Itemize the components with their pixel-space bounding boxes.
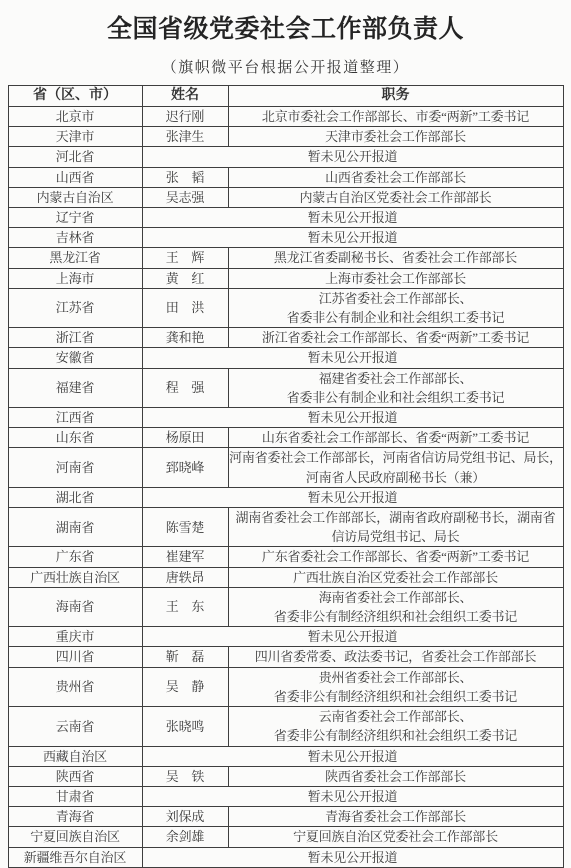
no-report-cell: 暂未见公开报道 xyxy=(142,228,563,248)
no-report-cell: 暂未见公开报道 xyxy=(142,147,563,167)
table-row: 新疆维吾尔自治区暂未见公开报道 xyxy=(8,847,563,867)
name-cell: 吴志强 xyxy=(142,187,228,207)
table-row: 北京市迟行刚北京市委社会工作部部长、市委“两新”工委书记 xyxy=(8,107,563,127)
name-cell: 王 东 xyxy=(142,587,228,626)
header-row: 省（区、市） 姓名 职务 xyxy=(8,86,563,107)
name-cell: 吴 铁 xyxy=(142,766,228,786)
position-cell: 江苏省委社会工作部部长、 省委非公有制企业和社会组织工委书记 xyxy=(228,288,563,327)
province-cell: 上海市 xyxy=(8,268,142,288)
position-cell: 北京市委社会工作部部长、市委“两新”工委书记 xyxy=(228,107,563,127)
table-row: 云南省张晓鸣云南省委社会工作部部长、 省委非公有制经济组织和社会组织工委书记 xyxy=(8,707,563,746)
province-cell: 西藏自治区 xyxy=(8,746,142,766)
table-row: 吉林省暂未见公开报道 xyxy=(8,228,563,248)
table-body: 北京市迟行刚北京市委社会工作部部长、市委“两新”工委书记天津市张津生天津市委社会… xyxy=(8,107,563,868)
name-cell: 余剑雄 xyxy=(142,827,228,847)
name-cell: 田 洪 xyxy=(142,288,228,327)
province-cell: 青海省 xyxy=(8,807,142,827)
position-cell: 贵州省委社会工作部部长、 省委非公有制经济组织和社会组织工委书记 xyxy=(228,667,563,706)
table-row: 福建省程 强福建省委社会工作部部长、 省委非公有制企业和社会组织工委书记 xyxy=(8,368,563,407)
no-report-cell: 暂未见公开报道 xyxy=(142,847,563,867)
no-report-cell: 暂未见公开报道 xyxy=(142,786,563,806)
name-cell: 郅晓峰 xyxy=(142,448,228,487)
table-row: 山西省张 韬山西省委社会工作部部长 xyxy=(8,167,563,187)
table-row: 安徽省暂未见公开报道 xyxy=(8,348,563,368)
position-cell: 山西省委社会工作部部长 xyxy=(228,167,563,187)
header-name: 姓名 xyxy=(142,86,228,107)
table-row: 山东省杨原田山东省委社会工作部部长、省委“两新”工委书记 xyxy=(8,428,563,448)
province-cell: 重庆市 xyxy=(8,627,142,647)
no-report-cell: 暂未见公开报道 xyxy=(142,487,563,507)
position-cell: 山东省委社会工作部部长、省委“两新”工委书记 xyxy=(228,428,563,448)
table-row: 甘肃省暂未见公开报道 xyxy=(8,786,563,806)
position-cell: 上海市委社会工作部部长 xyxy=(228,268,563,288)
table-row: 海南省王 东海南省委社会工作部部长、 省委非公有制经济组织和社会组织工委书记 xyxy=(8,587,563,626)
province-cell: 黑龙江省 xyxy=(8,248,142,268)
position-cell: 四川省委常委、政法委书记，省委社会工作部部长 xyxy=(228,647,563,667)
province-cell: 贵州省 xyxy=(8,667,142,706)
name-cell: 刘保成 xyxy=(142,807,228,827)
province-cell: 山西省 xyxy=(8,167,142,187)
table-row: 河南省郅晓峰河南省委社会工作部部长，河南省信访局党组书记、局长， 河南省人民政府… xyxy=(8,448,563,487)
leaders-table: 省（区、市） 姓名 职务 北京市迟行刚北京市委社会工作部部长、市委“两新”工委书… xyxy=(8,85,564,868)
table-row: 湖南省陈雪楚湖南省委社会工作部部长，湖南省政府副秘书长，湖南省 信访局党组书记、… xyxy=(8,508,563,547)
name-cell: 杨原田 xyxy=(142,428,228,448)
table-row: 天津市张津生天津市委社会工作部部长 xyxy=(8,127,563,147)
name-cell: 龚和艳 xyxy=(142,328,228,348)
province-cell: 湖南省 xyxy=(8,508,142,547)
province-cell: 新疆维吾尔自治区 xyxy=(8,847,142,867)
table-row: 河北省暂未见公开报道 xyxy=(8,147,563,167)
province-cell: 吉林省 xyxy=(8,228,142,248)
province-cell: 湖北省 xyxy=(8,487,142,507)
position-cell: 湖南省委社会工作部部长，湖南省政府副秘书长，湖南省 信访局党组书记、局长 xyxy=(228,508,563,547)
province-cell: 甘肃省 xyxy=(8,786,142,806)
header-province: 省（区、市） xyxy=(8,86,142,107)
table-row: 贵州省吴 静贵州省委社会工作部部长、 省委非公有制经济组织和社会组织工委书记 xyxy=(8,667,563,706)
name-cell: 张津生 xyxy=(142,127,228,147)
position-cell: 宁夏回族自治区党委社会工作部部长 xyxy=(228,827,563,847)
position-cell: 浙江省委社会工作部部长、省委“两新”工委书记 xyxy=(228,328,563,348)
table-row: 重庆市暂未见公开报道 xyxy=(8,627,563,647)
province-cell: 四川省 xyxy=(8,647,142,667)
table-row: 四川省靳 磊四川省委常委、政法委书记，省委社会工作部部长 xyxy=(8,647,563,667)
table-row: 黑龙江省王 辉黑龙江省委副秘书长、省委社会工作部部长 xyxy=(8,248,563,268)
table-row: 上海市黄 红上海市委社会工作部部长 xyxy=(8,268,563,288)
page-title: 全国省级党委社会工作部负责人 xyxy=(0,9,571,45)
province-cell: 云南省 xyxy=(8,707,142,746)
province-cell: 内蒙古自治区 xyxy=(8,187,142,207)
name-cell: 唐轶昂 xyxy=(142,567,228,587)
position-cell: 福建省委社会工作部部长、 省委非公有制企业和社会组织工委书记 xyxy=(228,368,563,407)
position-cell: 广西壮族自治区党委社会工作部部长 xyxy=(228,567,563,587)
name-cell: 靳 磊 xyxy=(142,647,228,667)
province-cell: 河南省 xyxy=(8,448,142,487)
position-cell: 广东省委社会工作部部长、省委“两新”工委书记 xyxy=(228,547,563,567)
position-cell: 青海省委社会工作部部长 xyxy=(228,807,563,827)
no-report-cell: 暂未见公开报道 xyxy=(142,408,563,428)
table-row: 辽宁省暂未见公开报道 xyxy=(8,208,563,228)
name-cell: 张 韬 xyxy=(142,167,228,187)
table-header: 省（区、市） 姓名 职务 xyxy=(8,86,563,107)
position-cell: 海南省委社会工作部部长、 省委非公有制经济组织和社会组织工委书记 xyxy=(228,587,563,626)
position-cell: 内蒙古自治区党委社会工作部部长 xyxy=(228,187,563,207)
name-cell: 迟行刚 xyxy=(142,107,228,127)
table-row: 广东省崔建军广东省委社会工作部部长、省委“两新”工委书记 xyxy=(8,547,563,567)
province-cell: 广西壮族自治区 xyxy=(8,567,142,587)
province-cell: 北京市 xyxy=(8,107,142,127)
position-cell: 黑龙江省委副秘书长、省委社会工作部部长 xyxy=(228,248,563,268)
table-row: 内蒙古自治区吴志强内蒙古自治区党委社会工作部部长 xyxy=(8,187,563,207)
page-subtitle: （旗帜微平台根据公开报道整理） xyxy=(0,56,571,77)
position-cell: 河南省委社会工作部部长，河南省信访局党组书记、局长， 河南省人民政府副秘书长（兼… xyxy=(228,448,563,487)
province-cell: 安徽省 xyxy=(8,348,142,368)
name-cell: 吴 静 xyxy=(142,667,228,706)
province-cell: 浙江省 xyxy=(8,328,142,348)
table-row: 湖北省暂未见公开报道 xyxy=(8,487,563,507)
province-cell: 福建省 xyxy=(8,368,142,407)
province-cell: 河北省 xyxy=(8,147,142,167)
header-position: 职务 xyxy=(228,86,563,107)
province-cell: 江西省 xyxy=(8,408,142,428)
province-cell: 海南省 xyxy=(8,587,142,626)
no-report-cell: 暂未见公开报道 xyxy=(142,746,563,766)
name-cell: 崔建军 xyxy=(142,547,228,567)
name-cell: 程 强 xyxy=(142,368,228,407)
name-cell: 张晓鸣 xyxy=(142,707,228,746)
table-row: 江西省暂未见公开报道 xyxy=(8,408,563,428)
province-cell: 天津市 xyxy=(8,127,142,147)
name-cell: 王 辉 xyxy=(142,248,228,268)
no-report-cell: 暂未见公开报道 xyxy=(142,348,563,368)
table-row: 陕西省吴 铁陕西省委社会工作部部长 xyxy=(8,766,563,786)
province-cell: 辽宁省 xyxy=(8,208,142,228)
province-cell: 山东省 xyxy=(8,428,142,448)
province-cell: 江苏省 xyxy=(8,288,142,327)
province-cell: 陕西省 xyxy=(8,766,142,786)
document-page: 全国省级党委社会工作部负责人 （旗帜微平台根据公开报道整理） 省（区、市） 姓名… xyxy=(0,9,571,868)
no-report-cell: 暂未见公开报道 xyxy=(142,208,563,228)
table-row: 江苏省田 洪江苏省委社会工作部部长、 省委非公有制企业和社会组织工委书记 xyxy=(8,288,563,327)
no-report-cell: 暂未见公开报道 xyxy=(142,627,563,647)
table-row: 青海省刘保成青海省委社会工作部部长 xyxy=(8,807,563,827)
table-row: 广西壮族自治区唐轶昂广西壮族自治区党委社会工作部部长 xyxy=(8,567,563,587)
name-cell: 黄 红 xyxy=(142,268,228,288)
province-cell: 广东省 xyxy=(8,547,142,567)
position-cell: 陕西省委社会工作部部长 xyxy=(228,766,563,786)
table-row: 宁夏回族自治区余剑雄宁夏回族自治区党委社会工作部部长 xyxy=(8,827,563,847)
position-cell: 云南省委社会工作部部长、 省委非公有制经济组织和社会组织工委书记 xyxy=(228,707,563,746)
name-cell: 陈雪楚 xyxy=(142,508,228,547)
table-row: 西藏自治区暂未见公开报道 xyxy=(8,746,563,766)
province-cell: 宁夏回族自治区 xyxy=(8,827,142,847)
table-row: 浙江省龚和艳浙江省委社会工作部部长、省委“两新”工委书记 xyxy=(8,328,563,348)
position-cell: 天津市委社会工作部部长 xyxy=(228,127,563,147)
